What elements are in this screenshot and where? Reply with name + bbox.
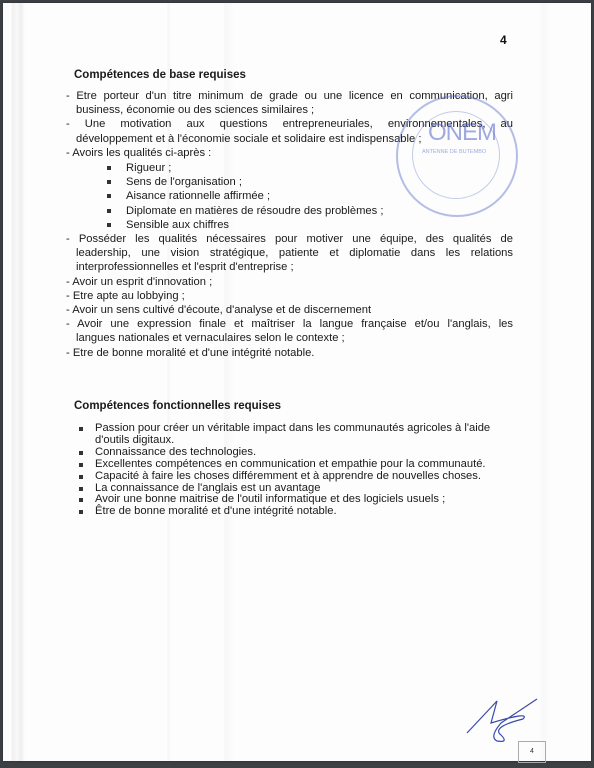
page-number-top: 4 — [500, 33, 507, 47]
official-stamp: ONEM ANTENNE DE BUTEMBO — [396, 95, 518, 217]
qualities-list: Rigueur ; Sens de l'organisation ; Aisan… — [126, 161, 383, 232]
stamp-logo: ONEM — [428, 119, 496, 147]
list-item: langues nationales et vernaculaires selo… — [66, 331, 513, 345]
list-item: Sensible aux chiffres — [126, 218, 383, 232]
list-item: leadership, une vision stratégique, pati… — [66, 246, 513, 260]
signature — [461, 693, 541, 745]
list-item: - Posséder les qualités nécessaires pour… — [66, 232, 513, 246]
list-item: - Etre de bonne moralité et d'une intégr… — [66, 346, 513, 360]
list-item: Être de bonne moralité et d'une intégrit… — [95, 506, 515, 518]
page-number-bottom: 4 — [518, 741, 546, 763]
base-skills-list-b: - Posséder les qualités nécessaires pour… — [66, 232, 513, 360]
stamp-text: ANTENNE DE BUTEMBO — [422, 149, 486, 155]
section-title-base: Compétences de base requises — [74, 69, 246, 81]
document-page: 4 Compétences de base requises - Etre po… — [3, 3, 591, 761]
list-item: Sens de l'organisation ; — [126, 175, 383, 189]
section-title-functional: Compétences fonctionnelles requises — [74, 400, 281, 412]
list-item: Passion pour créer un véritable impact d… — [95, 423, 515, 447]
functional-skills-list: Passion pour créer un véritable impact d… — [95, 423, 515, 518]
list-item: Capacité à faire les choses différemment… — [95, 471, 515, 483]
list-item: - Avoir une expression finale et maîtris… — [66, 317, 513, 331]
list-item: Aisance rationnelle affirmée ; — [126, 189, 383, 203]
list-item: - Avoir un sens cultivé d'écoute, d'anal… — [66, 303, 513, 317]
list-item: interprofessionnelles et l'esprit d'entr… — [66, 260, 513, 274]
list-item: - Avoir un esprit d'innovation ; — [66, 275, 513, 289]
list-item: Rigueur ; — [126, 161, 383, 175]
list-item: Diplomate en matières de résoudre des pr… — [126, 204, 383, 218]
list-item: Excellentes compétences en communication… — [95, 459, 515, 471]
list-item: - Etre apte au lobbying ; — [66, 289, 513, 303]
list-item: Connaissance des technologies. — [95, 447, 515, 459]
